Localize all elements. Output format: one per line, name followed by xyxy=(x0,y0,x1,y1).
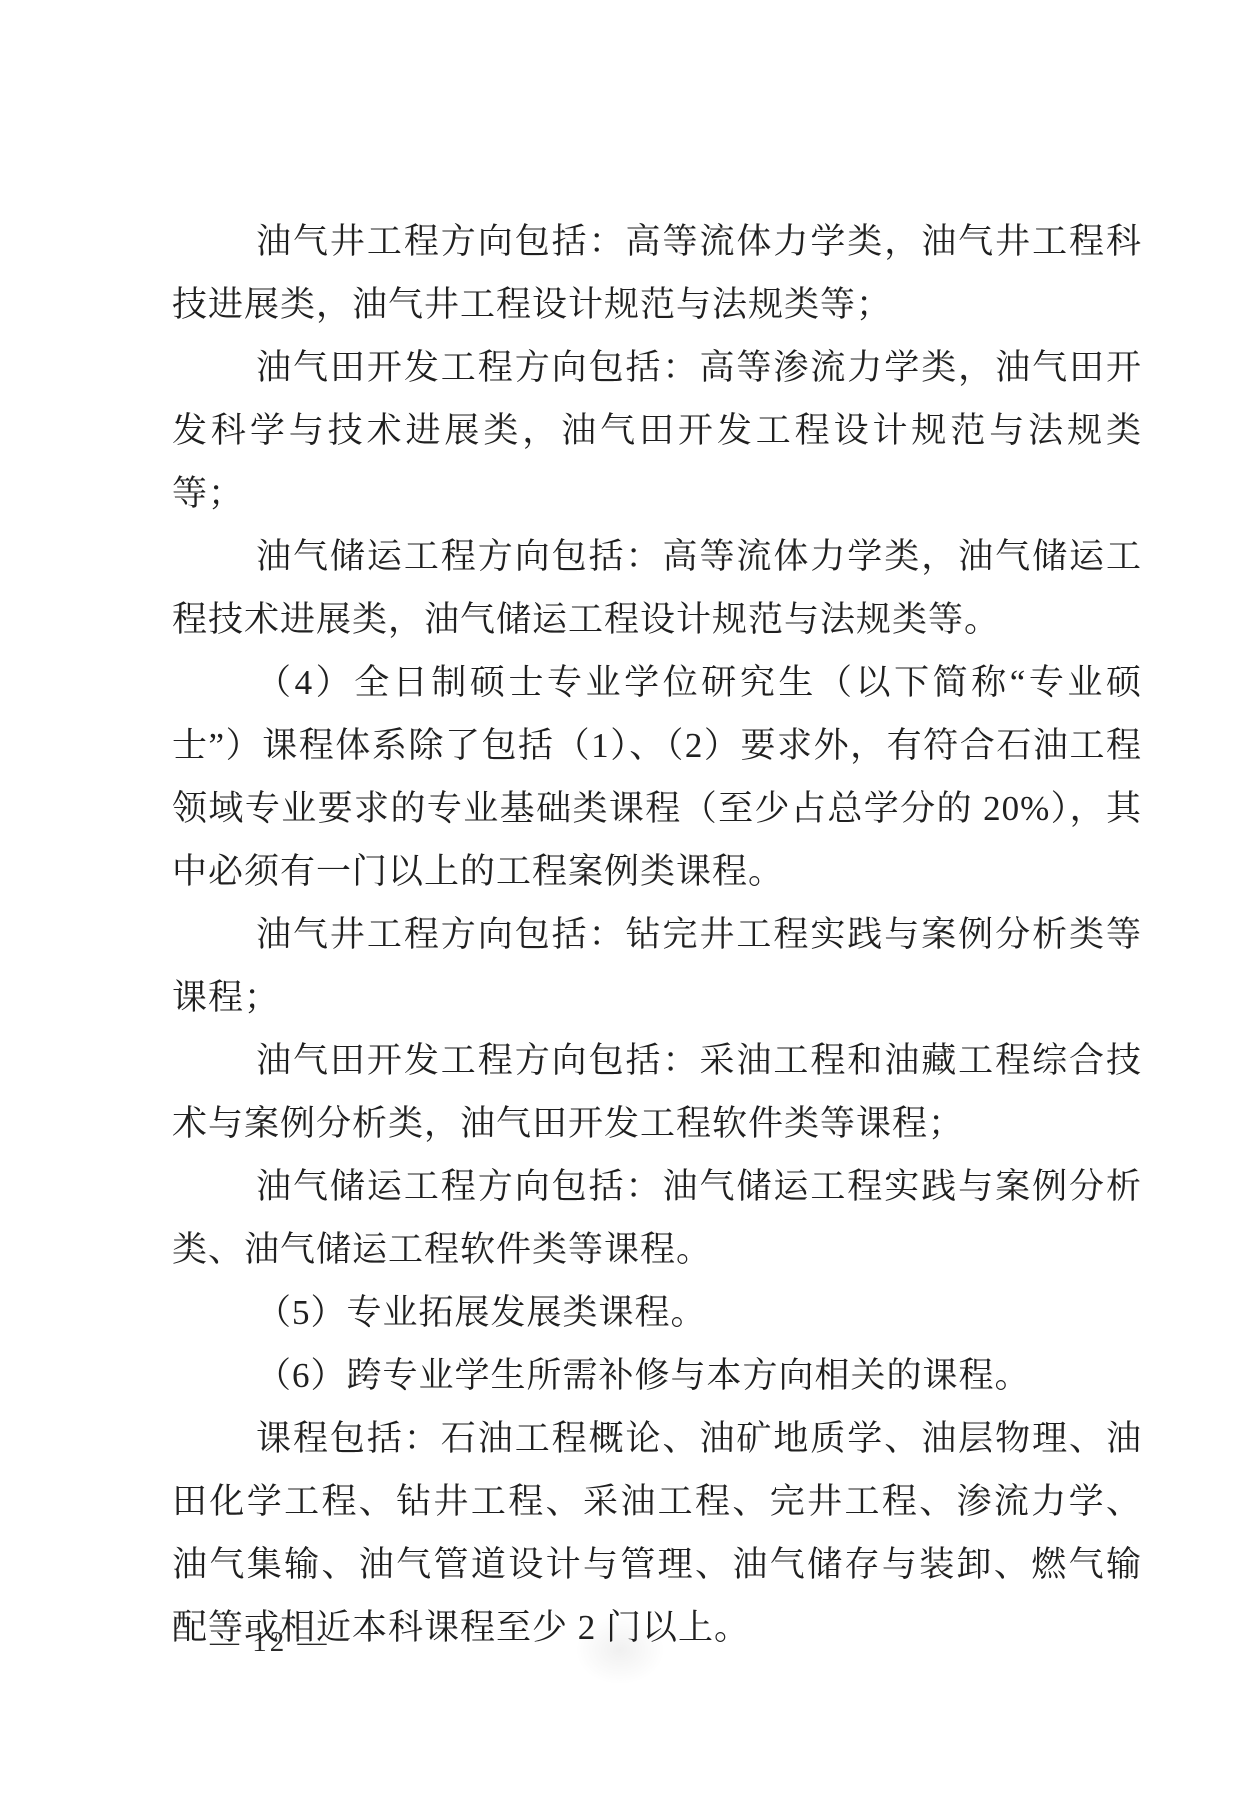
paragraph: 油气井工程方向包括：高等流体力学类，油气井工程科技进展类，油气井工程设计规范与法… xyxy=(172,210,1142,336)
paragraph: 油气储运工程方向包括：高等流体力学类，油气储运工程技术进展类，油气储运工程设计规… xyxy=(172,525,1142,651)
paragraph: （4）全日制硕士专业学位研究生（以下简称“专业硕士”）课程体系除了包括（1）、（… xyxy=(172,651,1142,903)
paragraph: 油气田开发工程方向包括：采油工程和油藏工程综合技术与案例分析类，油气田开发工程软… xyxy=(172,1029,1142,1155)
document-page: 油气井工程方向包括：高等流体力学类，油气井工程科技进展类，油气井工程设计规范与法… xyxy=(0,0,1252,1815)
page-number: — 12 — xyxy=(210,1626,330,1659)
paragraph: 油气田开发工程方向包括：高等渗流力学类，油气田开发科学与技术进展类，油气田开发工… xyxy=(172,336,1142,525)
paragraph: 课程包括：石油工程概论、油矿地质学、油层物理、油田化学工程、钻井工程、采油工程、… xyxy=(172,1407,1142,1659)
paragraph: （6）跨专业学生所需补修与本方向相关的课程。 xyxy=(172,1344,1142,1407)
paragraph: 油气井工程方向包括：钻完井工程实践与案例分析类等课程； xyxy=(172,903,1142,1029)
paragraph: （5）专业拓展发展类课程。 xyxy=(172,1281,1142,1344)
paragraph: 油气储运工程方向包括：油气储运工程实践与案例分析类、油气储运工程软件类等课程。 xyxy=(172,1155,1142,1281)
page-body-text: 油气井工程方向包括：高等流体力学类，油气井工程科技进展类，油气井工程设计规范与法… xyxy=(172,210,1142,1659)
